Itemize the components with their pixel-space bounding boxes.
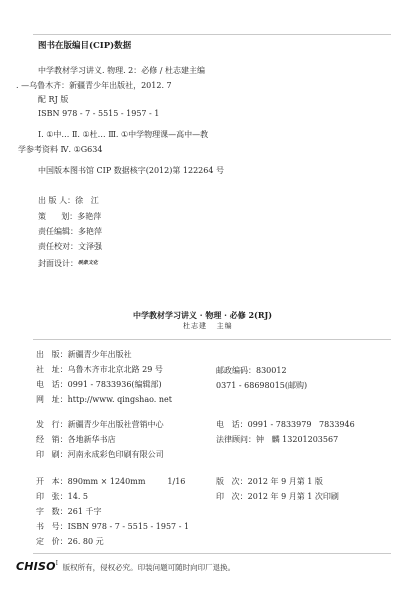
chiso-logo-mark-icon: I xyxy=(56,560,58,567)
staff-value: 多艳萍 xyxy=(77,212,101,221)
spec-printing: 印 次：2012 年 9 月第 1 次印刷 xyxy=(216,493,339,501)
staff-value: 徐 江 xyxy=(75,196,99,205)
field-label: 印 刷： xyxy=(36,450,68,459)
field-value: 钟 麟 13201203567 xyxy=(256,435,338,444)
field-value: 2012 年 9 月第 1 版 xyxy=(248,477,323,486)
staff-label: 出 版 人： xyxy=(38,196,75,205)
spec-format: 开 本：890mm × 1240mm1/16 xyxy=(36,478,185,486)
spec-wordcount: 字 数：261 千字 xyxy=(36,508,101,516)
staff-cover-design: 封面设计：映象文化 xyxy=(38,260,98,268)
pub-info-address: 社 址：乌鲁木齐市北京北路 29 号 xyxy=(36,366,163,374)
cip-line: 中学教材学习讲义. 物理. 2：必修 / 杜志建主编 xyxy=(38,67,205,75)
title-divider xyxy=(33,339,391,340)
field-label: 发 行： xyxy=(36,420,68,429)
pub-info-website: 网 址：http://www. qingshao. net xyxy=(36,396,172,404)
field-label: 开 本： xyxy=(36,477,68,486)
pub-info-mailorder: 0371 - 68698015(邮购) xyxy=(216,382,307,390)
field-label: 社 址： xyxy=(36,365,68,374)
field-value: 乌鲁木齐市北京北路 29 号 xyxy=(68,365,163,374)
cip-library-record: 中国版本图书馆 CIP 数据核字(2012)第 122264 号 xyxy=(38,167,224,175)
field-value: ISBN 978 - 7 - 5515 - 1957 - 1 xyxy=(68,522,189,531)
cip-title: 图书在版编目(CIP)数据 xyxy=(38,42,131,51)
pub-info-publisher: 出 版：新疆青少年出版社 xyxy=(36,351,132,359)
cip-line: ISBN 978 - 7 - 5515 - 1957 - 1 xyxy=(38,110,159,118)
website-link[interactable]: http://www. qingshao. net xyxy=(68,395,172,404)
pub-info-phone: 电 话：0991 - 7833936(编辑部) xyxy=(36,381,162,389)
footer-divider xyxy=(33,553,391,554)
field-label: 书 号： xyxy=(36,522,68,531)
field-label: 定 价： xyxy=(36,537,68,546)
cip-line: . —乌鲁木齐：新疆青少年出版社，2012. 7 xyxy=(16,82,172,90)
field-value: 河南永成彩色印刷有限公司 xyxy=(68,450,164,459)
field-value: 0991 - 7833936(编辑部) xyxy=(68,380,162,389)
spec-sheets: 印 张：14. 5 xyxy=(36,493,88,501)
cip-line: 配 RJ 版 xyxy=(38,96,68,104)
dist-distributor: 发 行：新疆青少年出版社营销中心 xyxy=(36,421,164,429)
copyright-notice: 版权所有，侵权必究。印装问题可随时向印厂退换。 xyxy=(63,563,236,572)
book-title: 中学教材学习讲义 · 物理 · 必修 2(RJ) xyxy=(133,311,272,319)
footer: CHISOI 版权所有，侵权必究。印装问题可随时向印厂退换。 xyxy=(16,561,235,572)
staff-label: 封面设计： xyxy=(38,259,78,268)
pub-info-postcode: 邮政编码：830012 xyxy=(216,367,287,375)
staff-value: 多艳萍 xyxy=(78,227,102,236)
staff-editor: 责任编辑：多艳萍 xyxy=(38,228,102,236)
staff-planner: 策 划：多艳萍 xyxy=(38,213,101,221)
dist-seller: 经 销：各地新华书店 xyxy=(36,436,116,444)
field-value: 新疆青少年出版社营销中心 xyxy=(68,420,164,429)
staff-label: 责任编辑： xyxy=(38,227,78,236)
dist-phone: 电 话：0991 - 7833979 7833946 xyxy=(216,421,355,429)
top-divider xyxy=(33,34,391,35)
staff-proofreader: 责任校对：文泽强 xyxy=(38,243,102,251)
field-extra: 1/16 xyxy=(167,477,185,486)
staff-label: 责任校对： xyxy=(38,242,78,251)
field-value: 14. 5 xyxy=(68,492,88,501)
field-label: 经 销： xyxy=(36,435,68,444)
cip-classification: Ⅰ. ①中… Ⅱ. ①杜… Ⅲ. ①中学物理课—高中—教 xyxy=(38,131,208,139)
field-value: 2012 年 9 月第 1 次印刷 xyxy=(248,492,339,501)
field-label: 电 话： xyxy=(36,380,68,389)
field-label: 网 址： xyxy=(36,395,68,404)
field-value: 各地新华书店 xyxy=(68,435,116,444)
field-value: 261 千字 xyxy=(68,507,102,516)
dist-legal-advisor: 法律顾问：钟 麟 13201203567 xyxy=(216,436,338,444)
field-value: 0991 - 7833979 7833946 xyxy=(248,420,355,429)
field-label: 版 次： xyxy=(216,477,248,486)
cover-design-logo-icon: 映象文化 xyxy=(78,261,98,266)
staff-label: 策 划： xyxy=(38,212,77,221)
spec-isbn: 书 号：ISBN 978 - 7 - 5515 - 1957 - 1 xyxy=(36,523,189,531)
dist-printer: 印 刷：河南永成彩色印刷有限公司 xyxy=(36,451,164,459)
field-label: 法律顾问： xyxy=(216,435,256,444)
staff-publisher: 出 版 人：徐 江 xyxy=(38,197,99,205)
chiso-logo: CHISO xyxy=(16,560,56,573)
field-value: 26. 80 元 xyxy=(68,537,104,546)
field-value: 890mm × 1240mm xyxy=(68,477,146,486)
spec-price: 定 价：26. 80 元 xyxy=(36,538,104,546)
staff-value: 文泽强 xyxy=(78,242,102,251)
spec-edition: 版 次：2012 年 9 月第 1 版 xyxy=(216,478,323,486)
field-value: 新疆青少年出版社 xyxy=(68,350,132,359)
field-label: 字 数： xyxy=(36,507,68,516)
book-editor: 杜志建 主编 xyxy=(183,323,233,330)
field-label: 出 版： xyxy=(36,350,68,359)
field-label: 印 次： xyxy=(216,492,248,501)
field-label: 印 张： xyxy=(36,492,68,501)
cip-classification: 学参考资料 Ⅳ. ①G634 xyxy=(18,146,102,154)
field-label: 电 话： xyxy=(216,420,248,429)
